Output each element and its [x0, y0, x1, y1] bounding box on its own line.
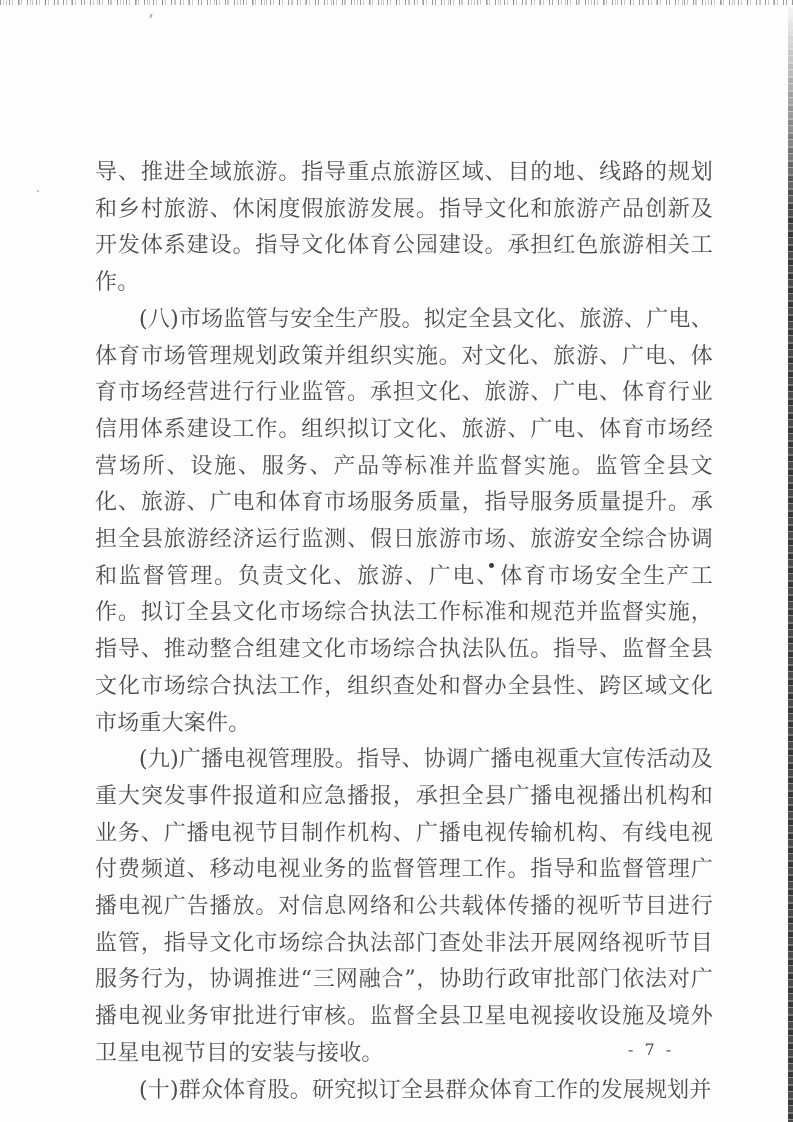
right-edge-scan-artifact: [788, 0, 793, 1122]
document-page: 导、推进全域旅游。指导重点旅游区域、目的地、线路的规划和乡村旅游、休闲度假旅游发…: [0, 0, 793, 1122]
body-text: 导、推进全域旅游。指导重点旅游区域、目的地、线路的规划和乡村旅游、休闲度假旅游发…: [95, 155, 713, 1109]
speck-artifact: [149, 14, 152, 18]
paragraph-section-9-broadcast-tv-management: (九)广播电视管理股。指导、协调广播电视重大宣传活动及重大突发事件报道和应急播报…: [95, 742, 713, 1072]
page-number: - 7 -: [628, 1040, 674, 1059]
paragraph-section-8-market-supervision: (八)市场监管与安全生产股。拟定全县文化、旅游、广电、体育市场管理规划政策并组织…: [95, 302, 713, 742]
speck-artifact: [37, 190, 39, 192]
paragraph-section-10-mass-sports: (十)群众体育股。研究拟订全县群众体育工作的发展规划并: [95, 1073, 713, 1110]
top-edge-scan-artifact: [0, 0, 793, 5]
paragraph-continuation: 导、推进全域旅游。指导重点旅游区域、目的地、线路的规划和乡村旅游、休闲度假旅游发…: [95, 155, 713, 302]
